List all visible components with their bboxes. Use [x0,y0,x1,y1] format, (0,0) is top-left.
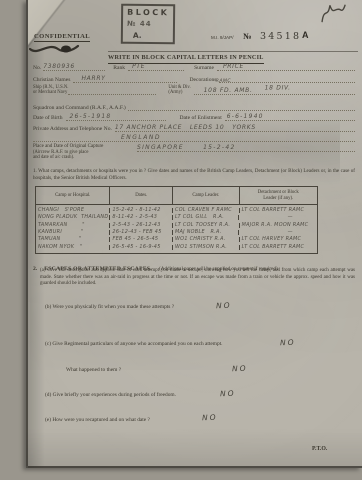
answer-c: NO [280,338,296,348]
field-line-address-2: ENGLAND [33,134,355,142]
field-line-squadron: Squadron and Command (R.A.F., A.A.F.) [33,103,355,111]
escapes-question-d: (d) Give briefly your experiences during… [45,393,176,399]
ref-prefix: M.I. 9/JAP/ [211,35,233,40]
cell-block-leader: — [239,215,317,220]
answer-e: NO [202,413,218,423]
unit-value: 108 FD. AMB. [194,88,253,94]
answer-d: NO [220,389,236,399]
cell-leader: WO1 STIMSON R.A. [173,245,240,250]
stamp-line3: A. [133,31,169,40]
cell-camp: KANBURI " [36,230,110,235]
pto-label: P.T.O. [312,446,327,452]
squadron-label: Squadron and Command (R.A.F., A.A.F.) [33,105,126,111]
decorations-label: Decorations [189,77,216,83]
camps-table: Camp or Hospital. Dates. Camp Leader. De… [35,186,318,254]
header-camp: Camp or Hospital. [55,193,90,199]
cell-dates: FEB 45 - 26-5-45 [110,237,173,242]
no-value: 7380936 [43,64,75,70]
field-line-dob-enlistment: Date of Birth 26-5-1918 Date of Enlistme… [33,113,355,121]
address-value: 17 ANCHOR PLACE LEEDS 10 YORKS [115,125,256,131]
answer-b: NO [216,301,232,311]
camps-table-header: Camp or Hospital. Dates. Camp Leader. De… [36,187,317,205]
question-1-text: 1. What camps, detachments or hospitals … [33,168,355,181]
cell-leader: LT COL TOOSEY R.A. [173,223,240,228]
ship-label-2: or Merchant Navy [33,90,68,95]
cell-block-leader: LT COL HARVEY RAMC [240,237,317,242]
table-row: CHANGI S'PORE 15-2-42 - 8-11-42 COL CRAV… [36,207,317,214]
escapes-question-c: (c) Give Regimental particulars of anyon… [45,342,223,348]
field-line-no-rank-surname: No. 7380936 Rank PTE Surname PRICE [33,63,355,71]
capture-label-3: and date of a/c crash). [33,155,137,160]
escapes-question-e: (e) How were you recaptured and on what … [45,418,150,424]
ref-suffix: A [302,30,309,40]
table-row: TAMUAN " FEB 45 - 26-5-45 WO1 CHRISTY R.… [36,236,317,243]
cell-block-leader: MAJOR R.A. MOON RAMC [240,223,317,228]
enlistment-value: 6-6-1940 [225,114,264,120]
table-row: KANBURI " 26-12-43 - FEB 45 MAJ NOBLE R.… [36,229,317,236]
cell-leader: MAJ NOBLE R.A. [173,230,239,235]
squadron-value-line [128,103,355,111]
header-leader: Camp Leader. [192,193,219,199]
cell-block-leader: — [239,230,317,235]
rank-value: PTE [128,64,145,70]
cell-dates: 2-5-43 - 26-12-43 [110,223,173,228]
block-number-stamp: BLOCK № 44 A. [121,4,175,45]
cell-block-leader: LT COL BARRETT RAMC [240,245,317,250]
surname-label: Surname [194,65,214,71]
cell-dates: 8-11-42 - 2-5-43 [110,215,173,220]
address-value-2: ENGLAND [33,135,161,141]
escapes-question-c2: What happened to them ? [66,368,121,374]
header-rule [108,51,358,52]
escapes-question-a: (a) Give full description and approx. da… [40,268,355,288]
cell-dates: 15-2-42 - 8-11-42 [110,208,173,213]
field-capture: Place and Date of Original Capture (Airc… [33,144,355,160]
cell-leader: LT COL GILL R.A. [173,215,239,220]
answer-c2: NO [232,364,248,374]
cell-dates: 26-5-45 - 16-9-45 [110,245,173,250]
christian-names-label: Christian Names [33,77,70,83]
ship-value-line [68,87,156,95]
ref-no-symbol: № [243,31,252,41]
decorations-value-line [219,75,355,83]
table-row: NAKOM NYOK " 26-5-45 - 16-9-45 WO1 STIMS… [36,243,317,250]
table-row: TAMARKAN " 2-5-43 - 26-12-43 LT COL TOOS… [36,222,317,229]
surname-value: PRICE [217,64,244,70]
cell-camp: TAMUAN " [36,237,110,242]
header-dates: Dates. [135,193,147,199]
ref-number: 34518 [260,31,301,42]
stamp-line2: № 44 [127,20,169,28]
cell-camp: NONG PLADUK THAILAND [36,215,110,220]
escapes-question-b: (b) Were you physically fit when you mad… [45,305,174,311]
table-row: NONG PLADUK THAILAND 8-11-42 - 2-5-43 LT… [36,214,317,221]
pencil-scribble-mark [317,0,350,26]
rank-label: Rank [113,65,125,71]
escapes-heading-number: 2. [33,266,37,272]
dob-value: 26-5-1918 [66,114,112,120]
address-label: Private Address and Telephone No. [33,126,112,132]
enlistment-label: Date of Enlistment [180,115,222,121]
cell-leader: COL CRAVEN F RAMC [173,208,240,213]
cell-camp: NAKOM NYOK " [36,245,110,250]
stamp-line1: BLOCK [127,8,169,17]
capture-value: SINGAPORE 15-2-42 [137,145,236,151]
unit-div-label-2: (Army) [168,90,190,95]
field-line-address: Private Address and Telephone No. 17 ANC… [33,124,355,132]
field-line-ship-unit: Ship (R.N., U.S.N. or Merchant Navy Unit… [33,85,355,95]
dob-label: Date of Birth [33,115,63,121]
cell-camp: TAMARKAN " [36,223,110,228]
unit-ramc-note: RAMC [216,80,231,85]
unit-division-value: 18 DIV. [265,86,291,92]
cell-dates: 26-12-43 - FEB 45 [110,230,173,235]
cell-camp: CHANGI S'PORE [36,208,110,213]
cell-block-leader: LT COL BARRETT RAMC [240,208,317,213]
staple-icon [28,40,80,58]
scanned-document: { "page": { "confidential": "CONFIDENTIA… [0,0,362,480]
cell-leader: WO1 CHRISTY R.A. [173,237,240,242]
christian-names-value: HARRY [73,76,105,82]
field-line-christian-decorations: Christian Names HARRY Decorations [33,75,355,83]
header-block-leader-2: Leader (if any). [263,196,293,202]
no-label: No. [33,65,41,71]
